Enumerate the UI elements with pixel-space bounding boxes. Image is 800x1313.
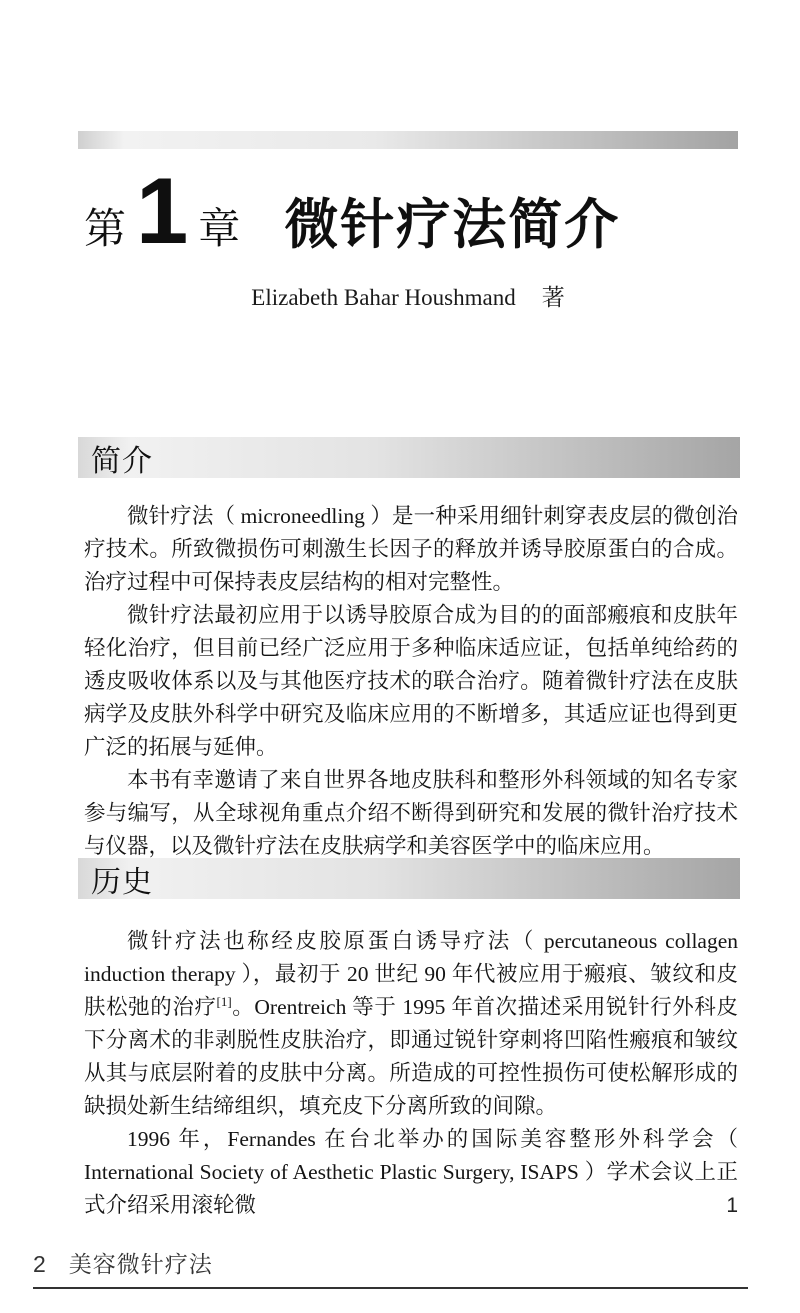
section-bar-intro: 简介	[78, 437, 740, 478]
chapter-number: 1	[136, 164, 188, 258]
chapter-title: 微针疗法简介	[284, 198, 620, 252]
footer-page-number: 2	[33, 1251, 46, 1278]
chapter-suffix: 章	[198, 208, 240, 250]
author-role: 著	[542, 285, 565, 310]
running-footer: 2 美容微针疗法	[33, 1246, 213, 1279]
intro-paragraph-1: 微针疗法（ microneedling ）是一种采用细针刺穿表皮层的微创治疗技术…	[84, 500, 738, 599]
current-page-number: 1	[78, 1194, 738, 1218]
intro-paragraph-2: 微针疗法最初应用于以诱导胶原合成为目的的面部瘢痕和皮肤年轻化治疗，但目前已经广泛…	[84, 599, 738, 764]
chapter-heading: 第 1 章 微针疗法简介	[84, 164, 620, 258]
footer-rule	[33, 1287, 748, 1289]
reference-marker-1: [1]	[217, 994, 232, 1009]
author-name: Elizabeth Bahar Houshmand	[251, 285, 515, 310]
intro-section-text: 微针疗法（ microneedling ）是一种采用细针刺穿表皮层的微创治疗技术…	[84, 500, 738, 863]
author-line: Elizabeth Bahar Houshmand著	[78, 279, 738, 312]
chapter-top-gradient-bar	[78, 131, 738, 149]
book-page: 第 1 章 微针疗法简介 Elizabeth Bahar Houshmand著 …	[0, 0, 800, 1313]
footer-book-title: 美容微针疗法	[69, 1246, 213, 1279]
section-heading-intro: 简介	[78, 436, 153, 480]
section-bar-history: 历史	[78, 858, 740, 899]
intro-paragraph-3: 本书有幸邀请了来自世界各地皮肤科和整形外科领域的知名专家参与编写，从全球视角重点…	[84, 764, 738, 863]
chapter-prefix: 第	[84, 208, 126, 250]
history-paragraph-1: 微针疗法也称经皮胶原蛋白诱导疗法（ percutaneous collagen …	[84, 925, 738, 1123]
section-heading-history: 历史	[78, 857, 153, 901]
history-section-text: 微针疗法也称经皮胶原蛋白诱导疗法（ percutaneous collagen …	[84, 925, 738, 1222]
